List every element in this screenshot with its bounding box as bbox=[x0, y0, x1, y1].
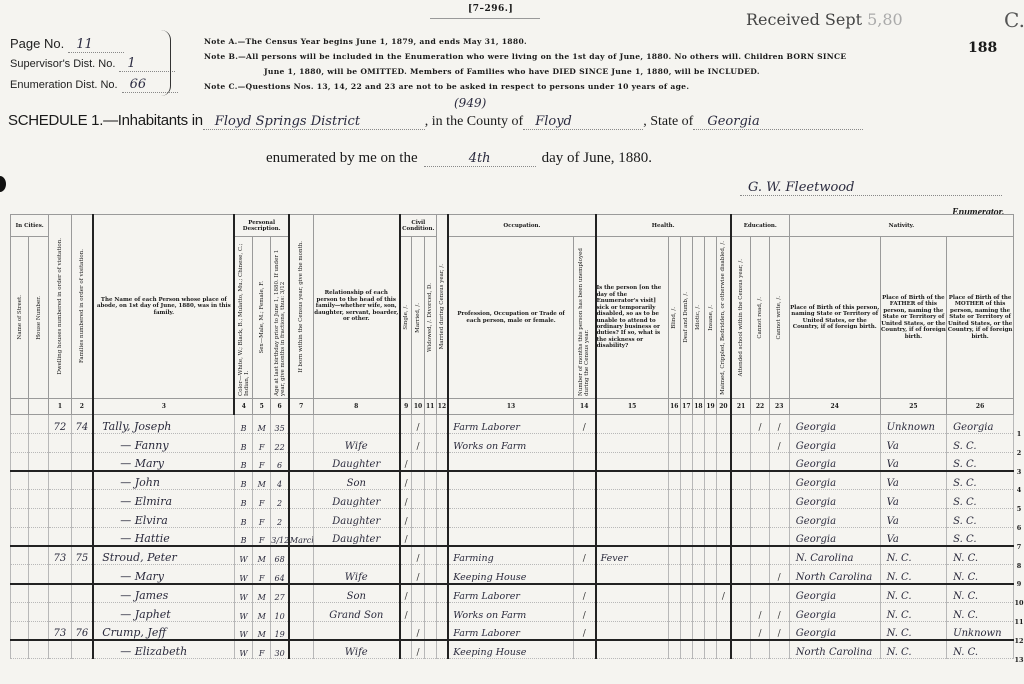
cell-birth: Georgia bbox=[789, 602, 880, 621]
cell-write: / bbox=[769, 621, 789, 640]
col-num: 20 bbox=[717, 399, 731, 415]
cell-color: B bbox=[234, 415, 252, 434]
cell-widowed bbox=[424, 546, 436, 565]
cell-unemployed: / bbox=[573, 546, 595, 565]
cell-sickness bbox=[596, 584, 669, 603]
cell-read bbox=[751, 452, 769, 471]
cell-dwelling bbox=[49, 527, 71, 546]
cell-single bbox=[400, 640, 412, 659]
line-number: 2 bbox=[1014, 444, 1024, 463]
cell-month bbox=[289, 621, 313, 640]
cell-sex: F bbox=[253, 640, 271, 659]
day-suffix: day of June, 1880. bbox=[542, 150, 652, 167]
cell-school bbox=[731, 565, 751, 584]
cell-empty bbox=[680, 415, 692, 434]
cell-read: / bbox=[751, 602, 769, 621]
group-nativity: Nativity. bbox=[789, 215, 1013, 237]
cell-single bbox=[400, 415, 412, 434]
col-num: 5 bbox=[253, 399, 271, 415]
table-row: — ElizabethWF30Wife/Keeping HouseNorth C… bbox=[11, 640, 1014, 659]
cell-unemployed bbox=[573, 471, 595, 490]
state-label: , State of bbox=[643, 114, 693, 130]
cell-occupation bbox=[448, 452, 573, 471]
cell-empty bbox=[668, 621, 680, 640]
enumerated-label: enumerated by me on the bbox=[266, 150, 418, 167]
cell-father: Va bbox=[880, 471, 947, 490]
cell-unemployed: / bbox=[573, 621, 595, 640]
cell-color: B bbox=[234, 490, 252, 509]
cell-family bbox=[71, 640, 93, 659]
cell-name: — Fanny bbox=[93, 433, 234, 452]
cell-married: / bbox=[412, 565, 424, 584]
cell-family bbox=[71, 452, 93, 471]
cell-empty bbox=[11, 452, 29, 471]
county-field: Floyd bbox=[523, 114, 643, 130]
cell-empty bbox=[692, 602, 704, 621]
cell-maimed bbox=[717, 565, 731, 584]
district-ids: Page No. 11 Supervisor's Dist. No. 1 Enu… bbox=[10, 36, 178, 99]
cell-empty bbox=[668, 415, 680, 434]
cell-empty bbox=[29, 471, 49, 490]
cell-relation: Daughter bbox=[313, 452, 400, 471]
cell-sex: M bbox=[253, 415, 271, 434]
cell-read bbox=[751, 508, 769, 527]
cell-sex: M bbox=[253, 621, 271, 640]
cell-maimed bbox=[717, 546, 731, 565]
cell-father: N. C. bbox=[880, 640, 947, 659]
cell-empty bbox=[668, 490, 680, 509]
cell-occupation: Keeping House bbox=[448, 640, 573, 659]
cell-sickness bbox=[596, 527, 669, 546]
cell-empty bbox=[668, 546, 680, 565]
col-num: 2 bbox=[71, 399, 93, 415]
cell-married: / bbox=[412, 546, 424, 565]
enumeration-label: Enumeration Dist. No. bbox=[10, 79, 118, 91]
cell-empty bbox=[680, 584, 692, 603]
cell-maimed: / bbox=[717, 584, 731, 603]
cell-empty bbox=[11, 508, 29, 527]
cell-empty bbox=[29, 602, 49, 621]
cell-name: — Mary bbox=[93, 565, 234, 584]
cell-unemployed: / bbox=[573, 415, 595, 434]
cell-empty bbox=[668, 602, 680, 621]
cell-empty bbox=[692, 527, 704, 546]
cell-empty bbox=[11, 565, 29, 584]
cell-married bbox=[412, 471, 424, 490]
cell-empty bbox=[680, 471, 692, 490]
cell-unemployed bbox=[573, 527, 595, 546]
cell-empty bbox=[692, 433, 704, 452]
cell-occupation: Farm Laborer bbox=[448, 584, 573, 603]
cell-empty bbox=[668, 452, 680, 471]
cell-empty bbox=[680, 621, 692, 640]
cell-married-year bbox=[436, 433, 448, 452]
cell-unemployed bbox=[573, 433, 595, 452]
cell-read bbox=[751, 490, 769, 509]
col-header-house: House Number. bbox=[29, 237, 49, 399]
page-no-label: Page No. bbox=[10, 36, 64, 51]
cell-unemployed bbox=[573, 490, 595, 509]
cell-sex: F bbox=[253, 565, 271, 584]
cell-sex: F bbox=[253, 452, 271, 471]
cell-empty bbox=[680, 508, 692, 527]
district-number: (949) bbox=[454, 96, 486, 110]
cell-birth: North Carolina bbox=[789, 565, 880, 584]
cell-single: / bbox=[400, 508, 412, 527]
cell-empty bbox=[29, 452, 49, 471]
cell-father: N. C. bbox=[880, 621, 947, 640]
cell-occupation: Works on Farm bbox=[448, 602, 573, 621]
cell-married bbox=[412, 508, 424, 527]
cell-empty bbox=[668, 471, 680, 490]
supervisor-line: Supervisor's Dist. No. 1 bbox=[10, 57, 178, 78]
col-header-5: Sex—Male, M.; Female, F. bbox=[253, 237, 271, 399]
sheet-number: 188 bbox=[968, 40, 997, 56]
cell-empty bbox=[680, 452, 692, 471]
divider bbox=[430, 18, 540, 19]
cell-name: — Hattie bbox=[93, 527, 234, 546]
cell-mother: Unknown bbox=[947, 621, 1014, 640]
col-header-3: The Name of each Person whose place of a… bbox=[93, 215, 234, 399]
col-num: 15 bbox=[596, 399, 669, 415]
cell-age: 27 bbox=[271, 584, 289, 603]
table-row: — FannyBF22Wife/Works on Farm/GeorgiaVaS… bbox=[11, 433, 1014, 452]
col-header-6: Age at last birthday prior to June 1, 18… bbox=[271, 237, 289, 399]
cell-occupation: Farm Laborer bbox=[448, 621, 573, 640]
cell-school bbox=[731, 433, 751, 452]
col-header-20: Maimed, Crippled, Bedridden, or otherwis… bbox=[717, 237, 731, 399]
cell-month bbox=[289, 602, 313, 621]
cell-sex: M bbox=[253, 546, 271, 565]
cell-color: B bbox=[234, 433, 252, 452]
cell-name: — Elizabeth bbox=[93, 640, 234, 659]
cell-color: W bbox=[234, 621, 252, 640]
line-number: 6 bbox=[1014, 519, 1024, 538]
line-number: 9 bbox=[1014, 575, 1024, 594]
cell-empty bbox=[692, 584, 704, 603]
table-row: — MaryWF64Wife/Keeping House/North Carol… bbox=[11, 565, 1014, 584]
cell-empty bbox=[668, 527, 680, 546]
punch-hole bbox=[0, 176, 6, 192]
cell-relation bbox=[313, 415, 400, 434]
col-header-23: Cannot write, /. bbox=[769, 237, 789, 399]
cell-married-year bbox=[436, 640, 448, 659]
line-number: 13 bbox=[1014, 651, 1024, 670]
cell-single: / bbox=[400, 490, 412, 509]
cell-widowed bbox=[424, 508, 436, 527]
cell-birth: Georgia bbox=[789, 584, 880, 603]
cell-month bbox=[289, 490, 313, 509]
cell-mother: S. C. bbox=[947, 471, 1014, 490]
col-num: 13 bbox=[448, 399, 573, 415]
cell-mother: S. C. bbox=[947, 508, 1014, 527]
cell-school bbox=[731, 415, 751, 434]
cell-father: Va bbox=[880, 508, 947, 527]
col-header-8: Relationship of each person to the head … bbox=[313, 215, 400, 399]
cell-birth: Georgia bbox=[789, 452, 880, 471]
cell-empty bbox=[704, 621, 716, 640]
col-header-10: Married, /. bbox=[412, 237, 424, 399]
group-health: Health. bbox=[596, 215, 731, 237]
cell-empty bbox=[680, 565, 692, 584]
cell-empty bbox=[680, 640, 692, 659]
cell-single bbox=[400, 621, 412, 640]
cell-sickness bbox=[596, 452, 669, 471]
cell-widowed bbox=[424, 640, 436, 659]
cell-maimed bbox=[717, 415, 731, 434]
cell-color: B bbox=[234, 452, 252, 471]
census-table: In Cities. Dwelling houses numbered in o… bbox=[10, 214, 1014, 659]
group-occupation: Occupation. bbox=[448, 215, 595, 237]
col-header-12: Married during Census year, /. bbox=[436, 215, 448, 399]
cell-write bbox=[769, 546, 789, 565]
cell-empty bbox=[692, 640, 704, 659]
cell-maimed bbox=[717, 452, 731, 471]
line-number: 11 bbox=[1014, 613, 1024, 632]
cell-father: Va bbox=[880, 452, 947, 471]
col-num: 23 bbox=[769, 399, 789, 415]
cell-married-year bbox=[436, 490, 448, 509]
schedule-title: SCHEDULE 1.—Inhabitants in bbox=[8, 112, 203, 129]
cell-single bbox=[400, 565, 412, 584]
cell-empty bbox=[704, 602, 716, 621]
cell-family bbox=[71, 602, 93, 621]
cell-write bbox=[769, 452, 789, 471]
cell-empty bbox=[704, 584, 716, 603]
cell-age: 6 bbox=[271, 452, 289, 471]
col-header-9: Single, /. bbox=[400, 237, 412, 399]
cell-father: Unknown bbox=[880, 415, 947, 434]
col-num bbox=[29, 399, 49, 415]
cell-write bbox=[769, 640, 789, 659]
cell-color: B bbox=[234, 508, 252, 527]
census-page: [7–296.] Received Sept 5,80 C. 188 Page … bbox=[0, 0, 1024, 684]
cell-empty bbox=[11, 640, 29, 659]
table-row: 7376Crump, JeffWM19/Farm Laborer///Georg… bbox=[11, 621, 1014, 640]
col-header-24: Place of Birth of this person, naming St… bbox=[789, 237, 880, 399]
cell-occupation bbox=[448, 527, 573, 546]
cell-read bbox=[751, 433, 769, 452]
line-number: 7 bbox=[1014, 538, 1024, 557]
cell-unemployed bbox=[573, 508, 595, 527]
cell-sickness bbox=[596, 415, 669, 434]
line-number: 8 bbox=[1014, 557, 1024, 576]
cell-month bbox=[289, 433, 313, 452]
cell-maimed bbox=[717, 602, 731, 621]
cell-relation: Daughter bbox=[313, 508, 400, 527]
cell-occupation bbox=[448, 471, 573, 490]
cell-family: 75 bbox=[71, 546, 93, 565]
cell-read bbox=[751, 546, 769, 565]
col-num: 7 bbox=[289, 399, 313, 415]
cell-empty bbox=[11, 433, 29, 452]
cell-name: — Japhet bbox=[93, 602, 234, 621]
cell-empty bbox=[704, 415, 716, 434]
cell-read: / bbox=[751, 621, 769, 640]
col-num: 8 bbox=[313, 399, 400, 415]
cell-dwelling: 73 bbox=[49, 621, 71, 640]
cell-single: / bbox=[400, 584, 412, 603]
cell-empty bbox=[692, 471, 704, 490]
cell-school bbox=[731, 602, 751, 621]
cell-mother: S. C. bbox=[947, 490, 1014, 509]
cell-empty bbox=[668, 640, 680, 659]
table-row: — MaryBF6Daughter/GeorgiaVaS. C. bbox=[11, 452, 1014, 471]
cell-age: 2 bbox=[271, 508, 289, 527]
cell-family bbox=[71, 527, 93, 546]
cell-father: N. C. bbox=[880, 546, 947, 565]
cell-month bbox=[289, 415, 313, 434]
corner-letter: C. bbox=[1004, 8, 1024, 32]
cell-birth: Georgia bbox=[789, 508, 880, 527]
cell-relation: Daughter bbox=[313, 527, 400, 546]
cell-read bbox=[751, 584, 769, 603]
cell-school bbox=[731, 452, 751, 471]
cell-married: / bbox=[412, 640, 424, 659]
page-no-value: 11 bbox=[68, 38, 124, 53]
col-num: 26 bbox=[947, 399, 1014, 415]
brace bbox=[161, 30, 171, 96]
col-num: 25 bbox=[880, 399, 947, 415]
group-civil: Civil Condition. bbox=[400, 215, 436, 237]
received-stamp-text: Received Sept bbox=[746, 10, 862, 29]
cell-read: / bbox=[751, 415, 769, 434]
col-num: 9 bbox=[400, 399, 412, 415]
column-number-row: 1 2 3 4 5 6 7 8 9 10 11 12 13 14 15 16 1… bbox=[11, 399, 1014, 415]
cell-name: — Mary bbox=[93, 452, 234, 471]
received-stamp-date: 5,80 bbox=[867, 10, 903, 29]
cell-dwelling bbox=[49, 452, 71, 471]
cell-unemployed bbox=[573, 565, 595, 584]
cell-empty bbox=[11, 415, 29, 434]
table-row: — ElviraBF2Daughter/GeorgiaVaS. C. bbox=[11, 508, 1014, 527]
cell-empty bbox=[704, 565, 716, 584]
cell-married bbox=[412, 602, 424, 621]
cell-color: W bbox=[234, 565, 252, 584]
cell-empty bbox=[29, 433, 49, 452]
cell-sex: M bbox=[253, 471, 271, 490]
col-num: 3 bbox=[93, 399, 234, 415]
cell-empty bbox=[704, 471, 716, 490]
cell-family bbox=[71, 508, 93, 527]
cell-empty bbox=[11, 602, 29, 621]
line-number: 10 bbox=[1014, 594, 1024, 613]
cell-widowed bbox=[424, 527, 436, 546]
cell-birth: Georgia bbox=[789, 433, 880, 452]
cell-occupation: Works on Farm bbox=[448, 433, 573, 452]
cell-unemployed: / bbox=[573, 602, 595, 621]
cell-mother: N. C. bbox=[947, 640, 1014, 659]
col-header-4: Color—White, W.; Black, B.; Mulatto, Mu.… bbox=[234, 237, 252, 399]
cell-sex: F bbox=[253, 527, 271, 546]
cell-maimed bbox=[717, 471, 731, 490]
enumerated-line: enumerated by me on the 4th day of June,… bbox=[266, 150, 652, 167]
cell-maimed bbox=[717, 640, 731, 659]
cell-name: Crump, Jeff bbox=[93, 621, 234, 640]
cell-married bbox=[412, 452, 424, 471]
cell-empty bbox=[11, 621, 29, 640]
col-header-7: If born within the Census year, give the… bbox=[289, 215, 313, 399]
line-number: 3 bbox=[1014, 463, 1024, 482]
cell-write: / bbox=[769, 602, 789, 621]
cell-single bbox=[400, 433, 412, 452]
col-num: 19 bbox=[704, 399, 716, 415]
cell-married-year bbox=[436, 546, 448, 565]
cell-widowed bbox=[424, 584, 436, 603]
cell-empty bbox=[692, 415, 704, 434]
day-field: 4th bbox=[424, 151, 536, 167]
cell-widowed bbox=[424, 602, 436, 621]
cell-married-year bbox=[436, 508, 448, 527]
cell-married bbox=[412, 490, 424, 509]
cell-family: 76 bbox=[71, 621, 93, 640]
col-num: 1 bbox=[49, 399, 71, 415]
district-field: Floyd Springs District bbox=[203, 114, 425, 130]
cell-age: 68 bbox=[271, 546, 289, 565]
cell-month bbox=[289, 471, 313, 490]
cell-name: Tally, Joseph bbox=[93, 415, 234, 434]
cell-age: 64 bbox=[271, 565, 289, 584]
cell-empty bbox=[668, 584, 680, 603]
cell-age: 22 bbox=[271, 433, 289, 452]
col-header-16: Blind, /. bbox=[668, 237, 680, 399]
cell-father: N. C. bbox=[880, 602, 947, 621]
enumeration-line: Enumeration Dist. No. 66 bbox=[10, 78, 178, 99]
cell-empty bbox=[29, 527, 49, 546]
cell-occupation bbox=[448, 490, 573, 509]
cell-relation: Wife bbox=[313, 433, 400, 452]
cell-maimed bbox=[717, 621, 731, 640]
cell-write bbox=[769, 584, 789, 603]
cell-age: 2 bbox=[271, 490, 289, 509]
cell-single bbox=[400, 546, 412, 565]
line-numbers: 12345678910111213 bbox=[1014, 425, 1024, 669]
cell-mother: S. C. bbox=[947, 433, 1014, 452]
cell-sex: M bbox=[253, 602, 271, 621]
col-header-19: Insane, /. bbox=[704, 237, 716, 399]
cell-empty bbox=[692, 452, 704, 471]
table-row: — HattieBF3/12MarchDaughter/GeorgiaVaS. … bbox=[11, 527, 1014, 546]
cell-married: / bbox=[412, 415, 424, 434]
census-body: 7274Tally, JosephBM35/Farm Laborer///Geo… bbox=[11, 415, 1014, 659]
cell-widowed bbox=[424, 565, 436, 584]
cell-school bbox=[731, 527, 751, 546]
cell-maimed bbox=[717, 490, 731, 509]
cell-school bbox=[731, 640, 751, 659]
cell-sex: M bbox=[253, 584, 271, 603]
cell-empty bbox=[11, 584, 29, 603]
col-num: 14 bbox=[573, 399, 595, 415]
cell-married: / bbox=[412, 621, 424, 640]
cell-sex: F bbox=[253, 508, 271, 527]
cell-empty bbox=[704, 508, 716, 527]
note-c: Note C.—Questions Nos. 13, 14, 22 and 23… bbox=[204, 82, 846, 97]
cell-empty bbox=[680, 602, 692, 621]
cell-widowed bbox=[424, 433, 436, 452]
cell-birth: N. Carolina bbox=[789, 546, 880, 565]
cell-married-year bbox=[436, 565, 448, 584]
cell-empty bbox=[11, 490, 29, 509]
cell-school bbox=[731, 471, 751, 490]
cell-sickness bbox=[596, 490, 669, 509]
cell-widowed bbox=[424, 415, 436, 434]
cell-name: — James bbox=[93, 584, 234, 603]
cell-empty bbox=[692, 490, 704, 509]
page-no-line: Page No. 11 bbox=[10, 36, 178, 57]
cell-school bbox=[731, 490, 751, 509]
cell-occupation: Farm Laborer bbox=[448, 415, 573, 434]
line-number: 5 bbox=[1014, 500, 1024, 519]
